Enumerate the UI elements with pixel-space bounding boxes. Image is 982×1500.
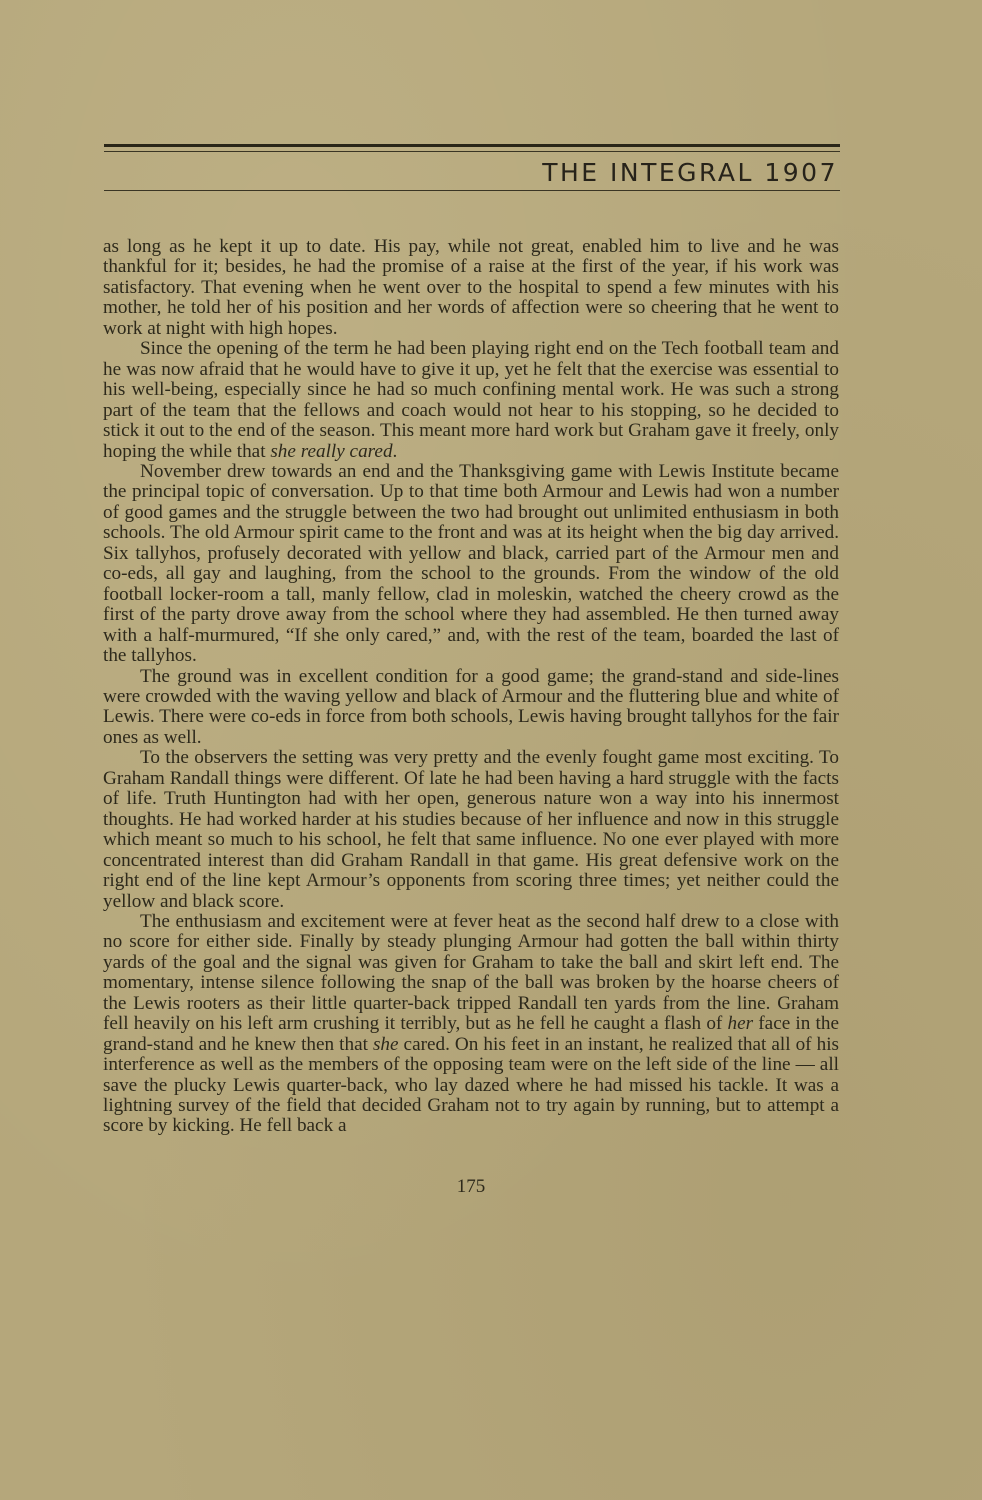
page-number: 175 [0, 1176, 942, 1198]
text-run: Since the opening of the term he had bee… [103, 338, 839, 461]
emphasis-text: she really cared [270, 441, 392, 462]
emphasis-text: her [728, 1013, 754, 1034]
text-run: To the observers the setting was very pr… [103, 747, 839, 911]
paragraph: To the observers the setting was very pr… [103, 748, 839, 912]
text-run: as long as he kept it up to date. His pa… [103, 236, 839, 339]
emphasis-text: she [373, 1034, 399, 1055]
text-run: The ground was in excellent condition fo… [103, 666, 839, 748]
paragraph: Since the opening of the term he had bee… [103, 339, 839, 462]
paragraph: The ground was in excellent condition fo… [103, 667, 839, 749]
paragraph: The enthusiasm and excitement were at fe… [103, 912, 839, 1137]
header-rule-thick [104, 144, 840, 147]
header-rule-thin-bottom [104, 190, 840, 191]
text-run: November drew towards an end and the Tha… [103, 461, 839, 666]
paragraph: November drew towards an end and the Tha… [103, 462, 839, 667]
body-text: as long as he kept it up to date. His pa… [103, 237, 839, 1137]
text-run: . [393, 441, 398, 462]
header-rule-thin-top [104, 151, 840, 152]
running-header: THE INTEGRAL 1907 [104, 144, 840, 192]
paragraph: as long as he kept it up to date. His pa… [103, 237, 839, 339]
running-title: THE INTEGRAL 1907 [542, 159, 838, 187]
